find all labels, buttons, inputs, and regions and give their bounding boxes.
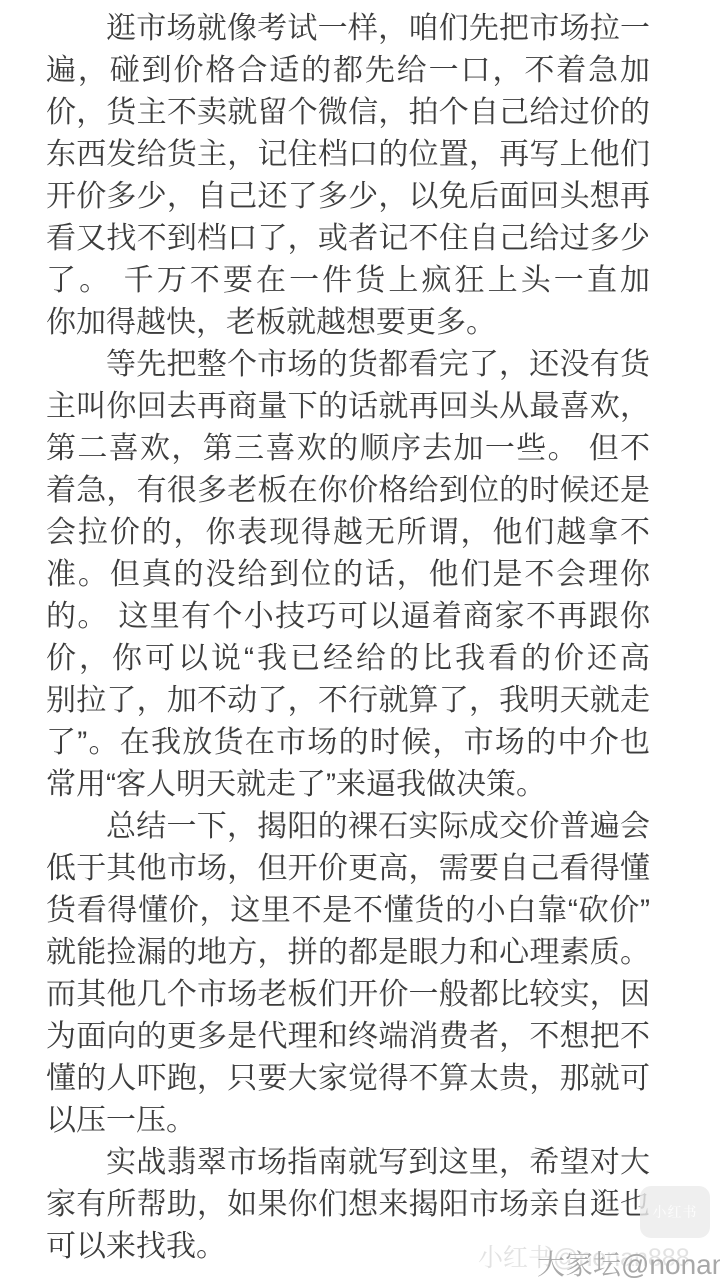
text-line: 了”。在我放货在市场的时候，市场的中介也经 [46,722,650,764]
text-line: 常用“客人明天就走了”来逼我做决策。 [46,764,650,806]
watermark-dajiatan-username: 大家坛@nonan [537,1243,720,1283]
text-line: 的。 这里有个小技巧可以逼着商家不再跟你拉 [46,596,650,638]
page: 逛市场就像考试一样，咱们先把市场拉一遍，碰到价格合适的都先给一口，不着急加价，货… [0,0,720,1287]
text-line: 第二喜欢，第三喜欢的顺序去加一些。 但不要 [46,428,650,470]
text-line: 懂的人吓跑，只要大家觉得不算太贵，那就可 [46,1058,650,1100]
text-line: 了。 千万不要在一件货上疯狂上头一直加价， [46,260,650,302]
text-line: 家有所帮助，如果你们想来揭阳市场亲自逛也 [46,1184,650,1226]
text-line: 别拉了，加不动了，不行就算了，我明天就走 [46,680,650,722]
text-line: 着急，有很多老板在你价格给到位的时候还是 [46,470,650,512]
text-line: 为面向的更多是代理和终端消费者，不想把不 [46,1016,650,1058]
text-line: 而其他几个市场老板们开价一般都比较实，因 [46,974,650,1016]
text-line: 就能捡漏的地方，拼的都是眼力和心理素质。 [46,932,650,974]
text-line: 看又找不到档口了，或者记不住自己给过多少 [46,218,650,260]
article-text: 逛市场就像考试一样，咱们先把市场拉一遍，碰到价格合适的都先给一口，不着急加价，货… [46,8,650,1268]
xiaohongshu-badge: 小红书 [640,1186,710,1238]
text-line: 逛市场就像考试一样，咱们先把市场拉一 [46,8,650,50]
text-line: 主叫你回去再商量下的话就再回头从最喜欢， [46,386,650,428]
text-line: 遍，碰到价格合适的都先给一口，不着急加 [46,50,650,92]
text-line: 你加得越快，老板就越想要更多。 [46,302,650,344]
text-line: 会拉价的，你表现得越无所谓，他们越拿不 [46,512,650,554]
text-line: 东西发给货主，记住档口的位置，再写上他们 [46,134,650,176]
xiaohongshu-badge-label: 小红书 [653,1202,698,1222]
text-line: 等先把整个市场的货都看完了，还没有货 [46,344,650,386]
text-line: 以压一压。 [46,1100,650,1142]
text-line: 准。但真的没给到位的话，他们是不会理你 [46,554,650,596]
text-line: 货看得懂价，这里不是不懂货的小白靠“砍价” [46,890,650,932]
text-line: 价，货主不卖就留个微信，拍个自己给过价的 [46,92,650,134]
text-line: 低于其他市场，但开价更高，需要自己看得懂 [46,848,650,890]
text-line: 价，你可以说“我已经给的比我看的价还高了， [46,638,650,680]
text-line: 总结一下，揭阳的裸石实际成交价普遍会 [46,806,650,848]
text-line: 实战翡翠市场指南就写到这里，希望对大 [46,1142,650,1184]
text-line: 开价多少，自己还了多少，以免后面回头想再 [46,176,650,218]
